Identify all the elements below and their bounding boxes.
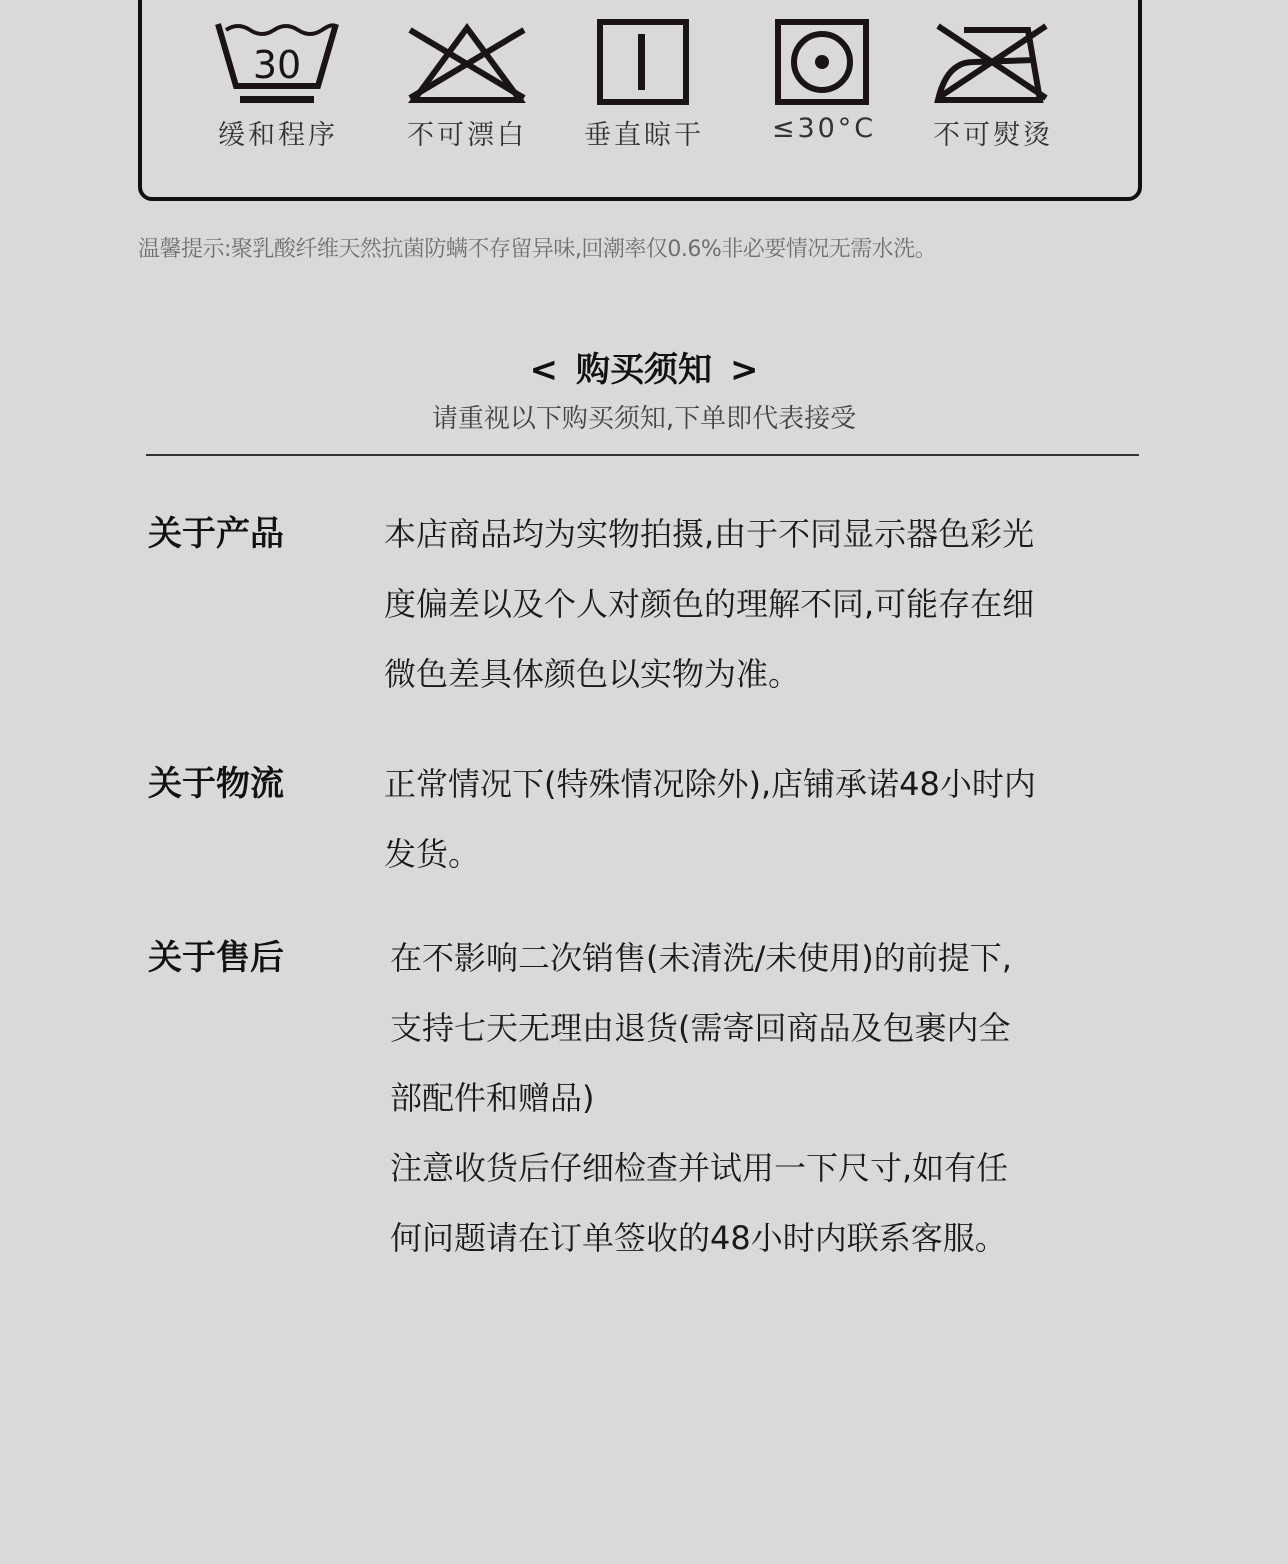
notice-heading: 关于产品: [148, 499, 284, 569]
care-symbol-bleach: [406, 22, 528, 106]
notice-body: 正常情况下(特殊情况除外),店铺承诺48小时内 发货。: [384, 749, 1144, 889]
purchase-notice-title: <购买须知>: [0, 342, 1288, 391]
divider: [146, 454, 1139, 456]
purchase-notice-subtitle: 请重视以下购买须知,下单即代表接受: [0, 398, 1288, 435]
care-symbol-dry: [596, 18, 690, 106]
care-label-tumble: ≤30°C: [772, 113, 876, 144]
care-label-bleach: 不可漂白: [407, 113, 527, 152]
notice-heading: 关于售后: [148, 923, 284, 993]
purchase-notice-title-text: 购买须知: [576, 350, 712, 390]
notice-line: 微色差具体颜色以实物为准。: [384, 639, 1144, 709]
notice-body: 本店商品均为实物拍摄,由于不同显示器色彩光 度偏差以及个人对颜色的理解不同,可能…: [384, 499, 1144, 709]
care-tip-text: 温馨提示:聚乳酸纤维天然抗菌防螨不存留异味,回潮率仅0.6%非必要情况无需水洗。: [138, 232, 936, 263]
notice-section-after-sales: 关于售后 在不影响二次销售(未清洗/未使用)的前提下, 支持七天无理由退货(需寄…: [148, 923, 1148, 1273]
care-label-wash: 缓和程序: [218, 113, 338, 152]
notice-section-logistics: 关于物流 正常情况下(特殊情况除外),店铺承诺48小时内 发货。: [148, 749, 1148, 889]
care-symbol-wash: 30: [214, 18, 340, 106]
drip-dry-vertical-icon: [596, 18, 690, 106]
care-symbol-iron: [934, 20, 1052, 106]
tumble-dry-low-icon: [774, 18, 870, 106]
care-symbol-tumble: [774, 18, 870, 106]
notice-line: 在不影响二次销售(未清洗/未使用)的前提下,: [390, 923, 1150, 993]
wash-temperature: 30: [253, 43, 301, 87]
notice-line: 度偏差以及个人对颜色的理解不同,可能存在细: [384, 569, 1144, 639]
no-iron-icon: [934, 20, 1052, 106]
care-label-iron: 不可熨烫: [933, 113, 1053, 152]
notice-line: 注意收货后仔细检查并试用一下尺寸,如有任: [390, 1133, 1150, 1203]
notice-line: 支持七天无理由退货(需寄回商品及包裹内全: [390, 993, 1150, 1063]
wash-30-gentle-icon: 30: [214, 18, 340, 106]
care-label-dry: 垂直晾干: [584, 113, 704, 152]
notice-body: 在不影响二次销售(未清洗/未使用)的前提下, 支持七天无理由退货(需寄回商品及包…: [390, 923, 1150, 1273]
notice-heading: 关于物流: [148, 749, 284, 819]
notice-line: 发货。: [384, 819, 1144, 889]
chevron-left-icon: <: [512, 350, 577, 390]
notice-line: 本店商品均为实物拍摄,由于不同显示器色彩光: [384, 499, 1144, 569]
chevron-right-icon: >: [712, 350, 777, 390]
notice-line: 部配件和赠品): [390, 1063, 1150, 1133]
notice-section-product: 关于产品 本店商品均为实物拍摄,由于不同显示器色彩光 度偏差以及个人对颜色的理解…: [148, 499, 1148, 709]
no-bleach-icon: [406, 22, 528, 106]
notice-line: 何问题请在订单签收的48小时内联系客服。: [390, 1203, 1150, 1273]
notice-line: 正常情况下(特殊情况除外),店铺承诺48小时内: [384, 749, 1144, 819]
